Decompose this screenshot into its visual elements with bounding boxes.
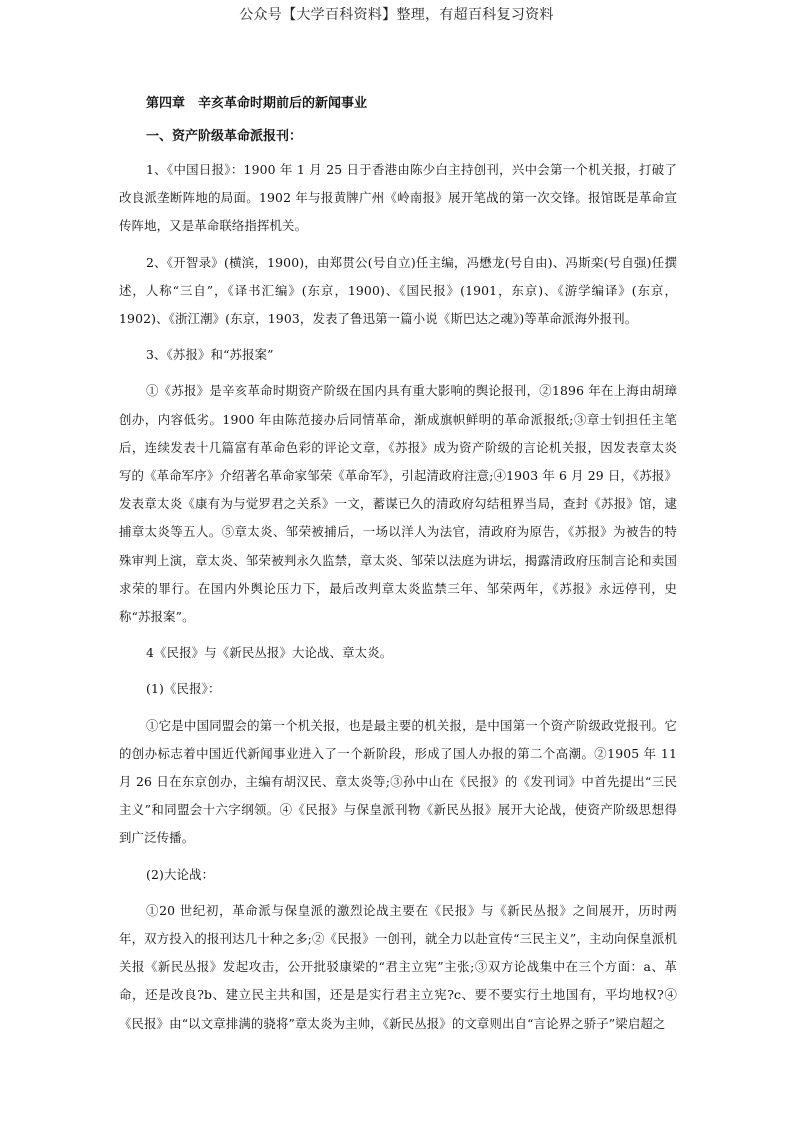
paragraph-minbao-heading: 4《民报》与《新民丛报》大论战、章太炎。 [119,639,677,667]
paragraph-subao-heading: 3、《苏报》和“苏报案” [119,341,677,369]
page-header: 公众号【大学百科资料】整理，有超百科复习资料 [0,4,793,24]
paragraph-debate-detail: ①20 世纪初，革命派与保皇派的激烈论战主要在《民报》与《新民丛报》之间展开，历… [119,897,677,1038]
paragraph-minbao-subheading: (1)《民报》： [119,675,677,703]
paragraph-debate-subheading: (2)大论战： [119,861,677,889]
document-body: 第四章 辛亥革命时期前后的新闻事业 一、资产阶级革命派报刊： 1、《中国日报》：… [119,94,677,1046]
section-title: 一、资产阶级革命派报刊： [146,127,677,147]
chapter-title: 第四章 辛亥革命时期前后的新闻事业 [146,94,677,122]
paragraph-kaizhilu: 2、《开智录》(横滨，1900)，由郑贯公(号自立)任主编，冯懋龙(号自由)、冯… [119,249,677,334]
paragraph-zhongguo-ribao: 1、《中国日报》：1900 年 1 月 25 日于香港由陈少白主持创刊，兴中会第… [119,156,677,241]
paragraph-minbao-detail: ①它是中国同盟会的第一个机关报，也是最主要的机关报，是中国第一个资产阶级政党报刊… [119,712,677,853]
paragraph-subao-case: ①《苏报》是辛亥革命时期资产阶级在国内具有重大影响的舆论报刊，②1896 年在上… [119,377,677,631]
